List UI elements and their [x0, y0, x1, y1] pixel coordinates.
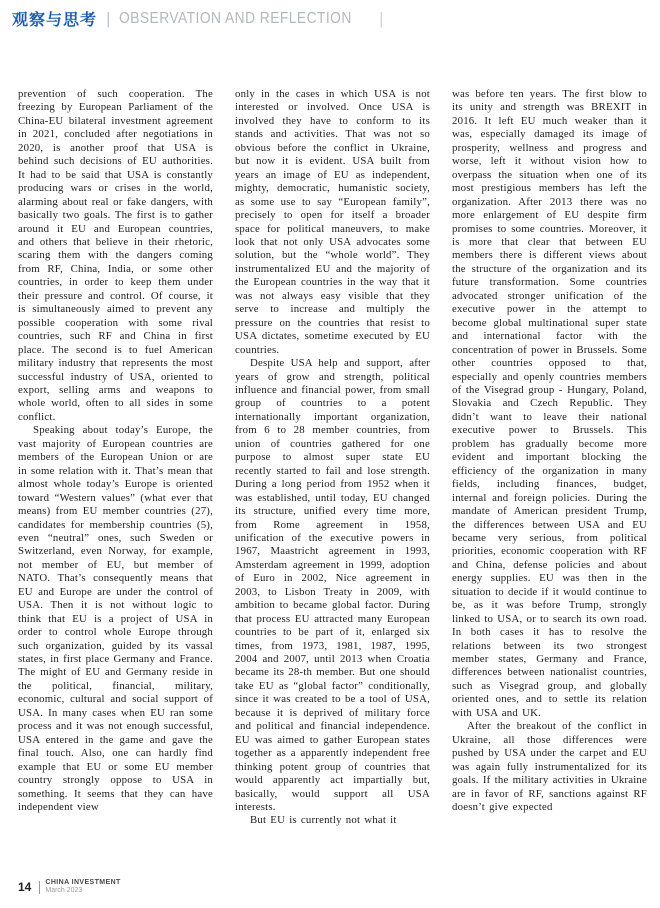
header-separator-icon: | — [107, 9, 110, 29]
text-column-2: only in the cases in which USA is not in… — [235, 88, 430, 828]
paragraph: But EU is currently not what it — [235, 814, 430, 827]
paragraph: Speaking about today’s Europe, the vast … — [18, 424, 213, 814]
paragraph: was before ten years. The first blow to … — [452, 88, 647, 720]
magazine-name: CHINA INVESTMENT — [45, 879, 120, 887]
footer-imprint: CHINA INVESTMENT March 2023 — [45, 879, 120, 895]
issue-date: March 2023 — [45, 887, 120, 895]
article-body: prevention of such cooperation. The free… — [18, 88, 647, 828]
text-column-1: prevention of such cooperation. The free… — [18, 88, 213, 828]
paragraph: After the breakout of the conflict in Uk… — [452, 720, 647, 814]
header-separator-icon: | — [380, 9, 383, 29]
footer-divider — [39, 881, 40, 894]
page-number: 14 — [18, 880, 31, 894]
paragraph: only in the cases in which USA is not in… — [235, 88, 430, 357]
section-title-chinese: 观察与思考 — [12, 7, 97, 30]
paragraph: Despite USA help and support, after year… — [235, 357, 430, 814]
paragraph: prevention of such cooperation. The free… — [18, 88, 213, 424]
page-header: 观察与思考 | OBSERVATION AND REFLECTION | — [12, 7, 648, 30]
text-column-3: was before ten years. The first blow to … — [452, 88, 647, 828]
magazine-page: 观察与思考 | OBSERVATION AND REFLECTION | pre… — [0, 0, 660, 908]
page-footer: 14 CHINA INVESTMENT March 2023 — [18, 879, 121, 895]
section-title-english: OBSERVATION AND REFLECTION — [119, 10, 352, 27]
